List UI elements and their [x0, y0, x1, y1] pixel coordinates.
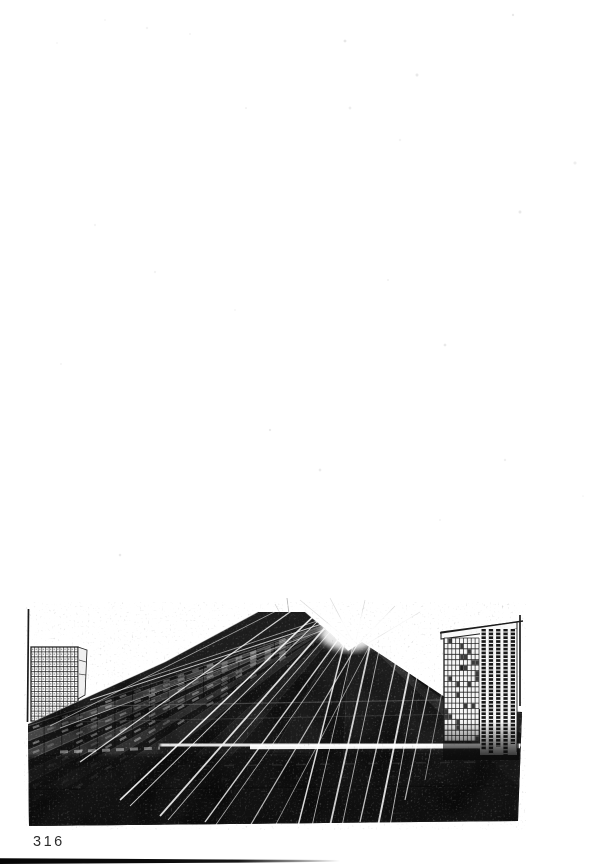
book-page: 316 — [0, 0, 590, 867]
page-number: 316 — [33, 834, 65, 850]
skyscraper-photo — [0, 0, 590, 867]
photo-canvas — [0, 0, 590, 867]
